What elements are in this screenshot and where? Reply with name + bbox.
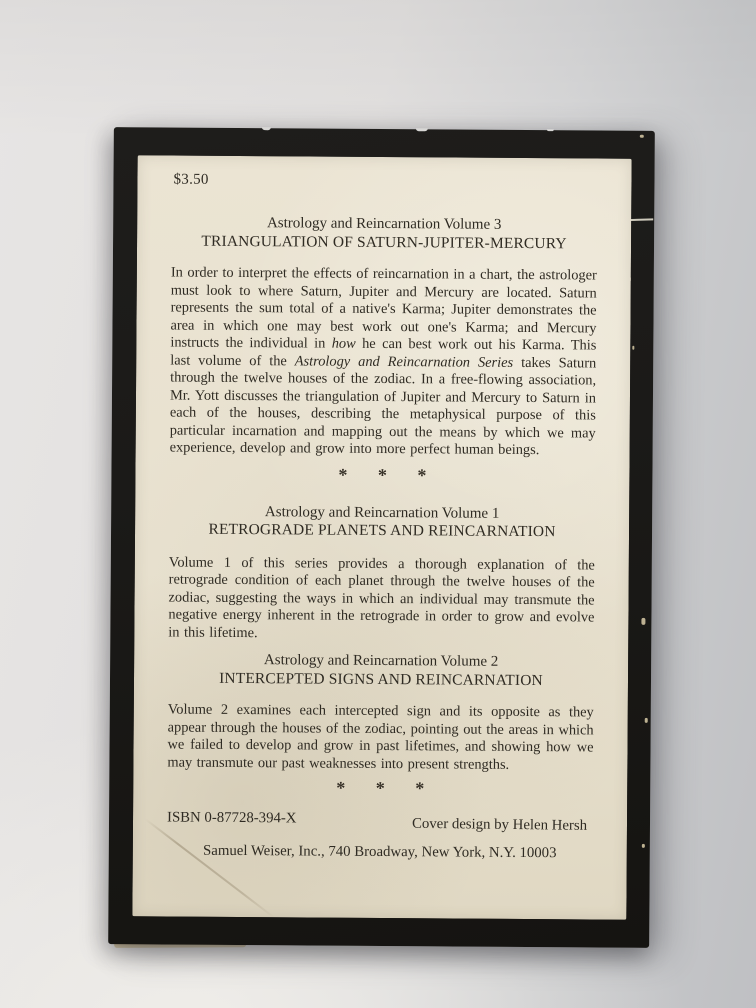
- crease-mark: [145, 818, 275, 918]
- price-label: $3.50: [173, 172, 597, 192]
- volume3-title-line: TRIANGULATION OF SATURN-JUPITER-MERCURY: [171, 232, 597, 252]
- volume1-header: Astrology and Reincarnation Volume 1 RET…: [169, 503, 595, 541]
- publisher-line: Samuel Weiser, Inc., 740 Broadway, New Y…: [167, 843, 593, 863]
- top-edge-notch: [416, 128, 428, 131]
- back-cover: $3.50 Astrology and Reincarnation Volume…: [108, 127, 655, 948]
- asterisk-separator: * * *: [167, 778, 593, 799]
- volume1-description: Volume 1 of this series provides a thoro…: [168, 554, 595, 644]
- volume2-title-line: INTERCEPTED SIGNS AND REINCARNATION: [168, 669, 594, 689]
- wear-speck: [632, 346, 634, 350]
- asterisk-separator: * * *: [169, 464, 595, 485]
- wear-speck: [642, 844, 645, 848]
- volume3-header: Astrology and Reincarnation Volume 3 TRI…: [171, 215, 597, 253]
- book: $3.50 Astrology and Reincarnation Volume…: [108, 127, 655, 948]
- cover-design-credit: Cover design by Helen Hersh: [412, 816, 587, 835]
- top-edge-notch: [262, 127, 271, 130]
- volume3-description: In order to interpret the effects of rei…: [170, 265, 597, 460]
- volume2-description: Volume 2 examines each intercepted sign …: [167, 702, 593, 775]
- back-cover-panel: $3.50 Astrology and Reincarnation Volume…: [132, 155, 631, 919]
- photo-background: $3.50 Astrology and Reincarnation Volume…: [0, 0, 756, 1008]
- top-edge-notch: [547, 129, 554, 131]
- wear-speck: [645, 718, 648, 723]
- isbn-label: ISBN 0-87728-394-X: [167, 810, 297, 828]
- footer-row: ISBN 0-87728-394-X Cover design by Helen…: [167, 810, 593, 830]
- wear-speck: [641, 618, 645, 625]
- volume2-header: Astrology and Reincarnation Volume 2 INT…: [168, 652, 594, 690]
- volume1-title-line: RETROGRADE PLANETS AND REINCARNATION: [169, 521, 595, 541]
- wear-speck: [640, 135, 644, 138]
